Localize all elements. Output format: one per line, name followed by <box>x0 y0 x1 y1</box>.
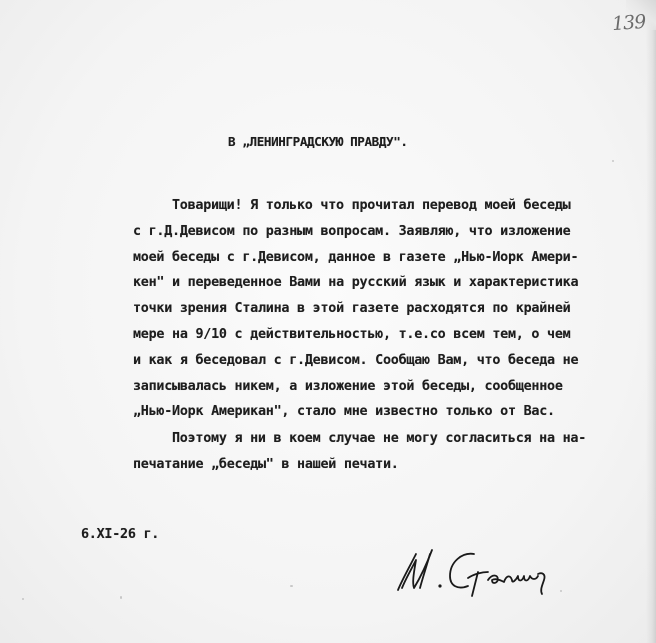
body-line-10: Поэтому я ни в коем случае не могу согла… <box>172 431 586 446</box>
body-line-2: с г.Д.Девисом по разным вопросам. Заявля… <box>133 224 570 239</box>
body-line-5: точки зрения Сталина в этой газете расхо… <box>133 301 570 316</box>
body-line-8: записывалась никем, а изложение этой бес… <box>133 379 563 394</box>
body-line-3: моей беседы с г.Девисом, данное в газете… <box>133 250 578 265</box>
page-number: 139 <box>611 11 646 35</box>
paper-speck <box>120 596 122 599</box>
body-line-4: кен" и переведенное Вами на русский язык… <box>133 275 578 290</box>
body-line-11: печатание „беседы" в нашей печати. <box>133 457 399 472</box>
paper-speck <box>612 160 614 162</box>
body-line-7: и как я беседовал с г.Девисом. Сообщаю В… <box>133 353 578 368</box>
document-date: 6.XI-26 г. <box>81 527 159 542</box>
paper-speck <box>290 585 293 587</box>
body-line-9: „Нью-Иорк Американ", стало мне известно … <box>133 404 555 419</box>
document-heading: В „ЛЕНИНГРАДСКУЮ ПРАВДУ". <box>228 134 408 149</box>
handwritten-signature: И. Сталин <box>392 540 572 600</box>
page-edge-shadow <box>646 0 656 643</box>
document-page: 139 В „ЛЕНИНГРАДСКУЮ ПРАВДУ". Товарищи! … <box>0 0 656 643</box>
paper-speck <box>560 590 562 592</box>
body-line-6: мере на 9/10 с действительностью, т.е.со… <box>133 327 570 342</box>
body-line-1: Товарищи! Я только что прочитал перевод … <box>172 198 570 213</box>
paper-speck <box>22 598 24 600</box>
